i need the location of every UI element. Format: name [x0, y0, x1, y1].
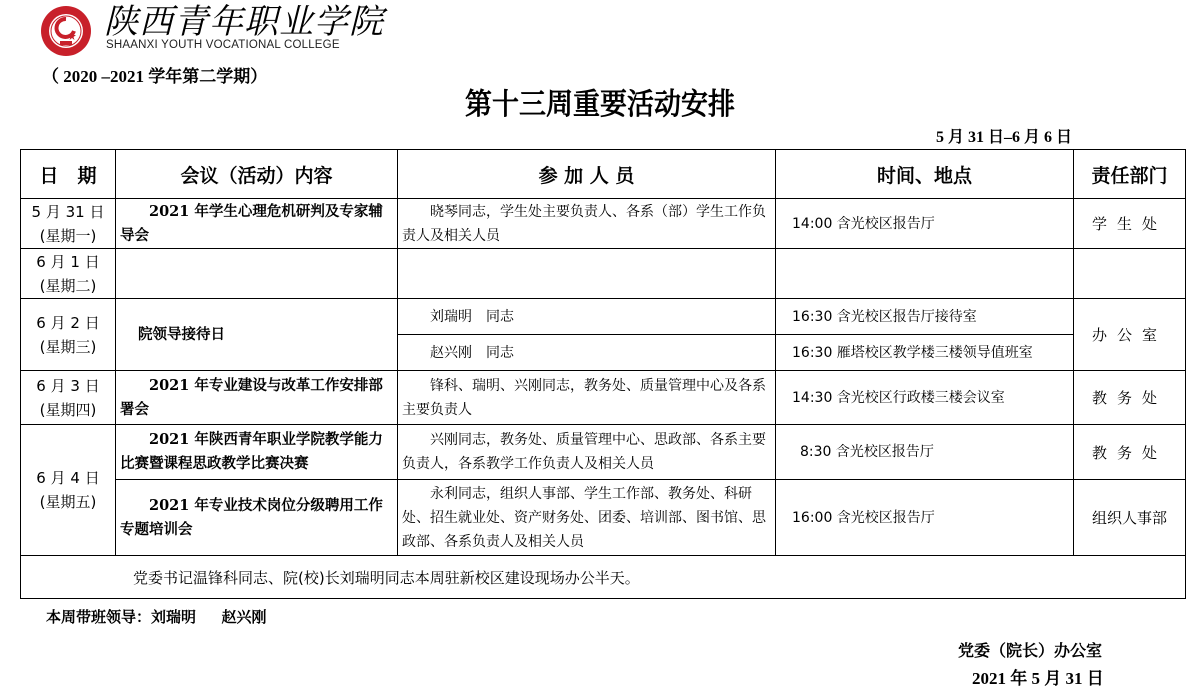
issue-date: 2021 年 5 月 31 日	[972, 664, 1104, 689]
dept-cell: 办公室	[1074, 299, 1186, 371]
date-range: 5 月 31 日–6 月 6 日	[936, 124, 1072, 147]
dept-cell	[1074, 249, 1186, 299]
duty-leaders: 本周带班领导：刘瑞明 赵兴刚	[46, 606, 266, 627]
date-cell: 5 月 31 日(星期一)	[21, 199, 116, 249]
date-cell: 6 月 4 日(星期五)	[21, 425, 116, 556]
table-row: 5 月 31 日(星期一) 2021 年学生心理危机研判及专家辅导会 晓琴同志，…	[21, 199, 1186, 249]
people-cell: 晓琴同志，学生处主要负责人、各系（部）学生工作负责人及相关人员	[398, 199, 776, 249]
time-place-cell	[776, 249, 1074, 299]
people-cell: 兴刚同志，教务处、质量管理中心、思政部、各系主要负责人，各系教学工作负责人及相关…	[398, 425, 776, 480]
note-row: 党委书记温锋科同志、院(校)长刘瑞明同志本周驻新校区建设现场办公半天。	[21, 556, 1186, 599]
time-place-cell: 14:30 含光校区行政楼三楼会议室	[776, 371, 1074, 425]
note-cell: 党委书记温锋科同志、院(校)长刘瑞明同志本周驻新校区建设现场办公半天。	[21, 556, 1186, 599]
people-cell: 赵兴刚 同志	[398, 335, 776, 371]
table-row: 6 月 1 日(星期二)	[21, 249, 1186, 299]
header-dept: 责任部门	[1074, 150, 1186, 199]
time-place-cell: 14:00 含光校区报告厅	[776, 199, 1074, 249]
table-row: 6 月 2 日(星期三) 院领导接待日 刘瑞明 同志 16:30 含光校区报告厅…	[21, 299, 1186, 335]
college-name-cn: 陕西青年职业学院	[104, 2, 384, 42]
people-cell: 锋科、瑞明、兴刚同志，教务处、质量管理中心及各系主要负责人	[398, 371, 776, 425]
time-place-cell: 16:30 雁塔校区教学楼三楼领导值班室	[776, 335, 1074, 371]
content-cell	[116, 249, 398, 299]
date-cell: 6 月 3 日(星期四)	[21, 371, 116, 425]
content-cell: 2021 年专业建设与改革工作安排部署会	[116, 371, 398, 425]
header-people: 参 加 人 员	[398, 150, 776, 199]
date-cell: 6 月 2 日(星期三)	[21, 299, 116, 371]
table-row: 6 月 4 日(星期五) 2021 年陕西青年职业学院教学能力比赛暨课程思政教学…	[21, 425, 1186, 480]
time-place-cell: 16:00 含光校区报告厅	[776, 480, 1074, 556]
content-cell: 院领导接待日	[116, 299, 398, 371]
schedule-table: 日 期 会议（活动）内容 参 加 人 员 时间、地点 责任部门 5 月 31 日…	[20, 149, 1186, 599]
page-title: 第十三周重要活动安排	[0, 82, 1204, 121]
table-row: 2021 年专业技术岗位分级聘用工作专题培训会 永利同志，组织人事部、学生工作部…	[21, 480, 1186, 556]
header-time-place: 时间、地点	[776, 150, 1074, 199]
people-cell	[398, 249, 776, 299]
time-place-cell: 8:30 含光校区报告厅	[776, 425, 1074, 480]
table-header-row: 日 期 会议（活动）内容 参 加 人 员 时间、地点 责任部门	[21, 150, 1186, 199]
time-place-cell: 16:30 含光校区报告厅接待室	[776, 299, 1074, 335]
header-content: 会议（活动）内容	[116, 150, 398, 199]
content-cell: 2021 年学生心理危机研判及专家辅导会	[116, 199, 398, 249]
issuing-office: 党委（院长）办公室	[958, 638, 1102, 661]
header-date: 日 期	[21, 150, 116, 199]
date-cell: 6 月 1 日(星期二)	[21, 249, 116, 299]
people-cell: 永利同志，组织人事部、学生工作部、教务处、科研处、招生就业处、资产财务处、团委、…	[398, 480, 776, 556]
college-name-en: SHAANXI YOUTH VOCATIONAL COLLEGE	[106, 39, 340, 51]
content-cell: 2021 年专业技术岗位分级聘用工作专题培训会	[116, 480, 398, 556]
dept-cell: 学生处	[1074, 199, 1186, 249]
dept-cell: 组织人事部	[1074, 480, 1186, 556]
content-cell: 2021 年陕西青年职业学院教学能力比赛暨课程思政教学比赛决赛	[116, 425, 398, 480]
dept-cell: 教务处	[1074, 371, 1186, 425]
college-logo-icon	[40, 5, 92, 57]
table-row: 6 月 3 日(星期四) 2021 年专业建设与改革工作安排部署会 锋科、瑞明、…	[21, 371, 1186, 425]
people-cell: 刘瑞明 同志	[398, 299, 776, 335]
dept-cell: 教务处	[1074, 425, 1186, 480]
